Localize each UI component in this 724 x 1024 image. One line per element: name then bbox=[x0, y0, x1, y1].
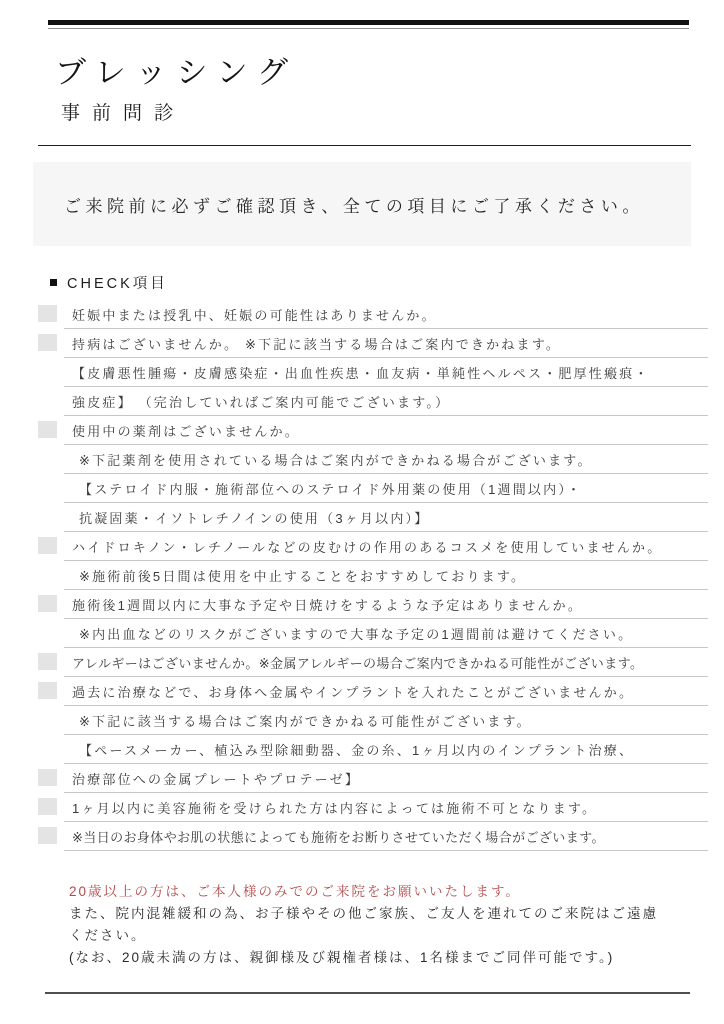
notice-text: ご来院前に必ずご確認頂き、全ての項目にご了承ください。 bbox=[64, 192, 644, 217]
square-bullet-icon bbox=[50, 279, 57, 286]
checkbox[interactable] bbox=[38, 421, 57, 438]
checklist-item: ※内出血などのリスクがございますので大事な予定の1週間前は避けてください。 bbox=[38, 619, 708, 648]
top-rule-thick bbox=[48, 20, 689, 25]
top-rule-thin bbox=[48, 28, 689, 29]
checklist-item: 1ヶ月以内に美容施術を受けられた方は内容によっては施術不可となります。 bbox=[38, 793, 708, 822]
checklist-item-text: ※施術前後5日間は使用を中止することをおすすめしております。 bbox=[64, 561, 708, 590]
checklist-item: ※下記に該当する場合はご案内ができかねる可能性がございます。 bbox=[38, 706, 708, 735]
checklist-item-text: 抗凝固薬・イソトレチノインの使用（3ヶ月以内）】 bbox=[64, 503, 708, 532]
checklist-item-text: 持病はございませんか。 ※下記に該当する場合はご案内できかねます。 bbox=[64, 329, 708, 358]
page-title: ブレッシング bbox=[55, 53, 298, 93]
checklist-item: 妊娠中または授乳中、妊娠の可能性はありませんか。 bbox=[38, 300, 708, 329]
check-section-header: CHECK項目 bbox=[50, 272, 168, 293]
checkbox[interactable] bbox=[38, 537, 57, 554]
footer-warning-red: 20歳以上の方は、ご本人様のみでのご来院をお願いいたします。 bbox=[69, 881, 658, 903]
checklist: 妊娠中または授乳中、妊娠の可能性はありませんか。持病はございませんか。 ※下記に… bbox=[38, 300, 708, 851]
checkbox[interactable] bbox=[38, 827, 57, 844]
footer-line: ください。 bbox=[69, 925, 658, 947]
checklist-item-text: 過去に治療などで、お身体へ金属やインプラントを入れたことがございませんか。 bbox=[64, 677, 708, 706]
page-subtitle: 事前問診 bbox=[61, 101, 185, 127]
checkbox[interactable] bbox=[38, 682, 57, 699]
checklist-item: ※施術前後5日間は使用を中止することをおすすめしております。 bbox=[38, 561, 708, 590]
checkbox[interactable] bbox=[38, 798, 57, 815]
checklist-item: ハイドロキノン・レチノールなどの皮むけの作用のあるコスメを使用していませんか。 bbox=[38, 532, 708, 561]
checkbox[interactable] bbox=[38, 595, 57, 612]
checklist-item-text: 【ペースメーカー、植込み型除細動器、金の糸、1ヶ月以内のインプラント治療、 bbox=[64, 735, 708, 764]
checklist-item-text: ハイドロキノン・レチノールなどの皮むけの作用のあるコスメを使用していませんか。 bbox=[64, 532, 708, 561]
checklist-item: 施術後1週間以内に大事な予定や日焼けをするような予定はありませんか。 bbox=[38, 590, 708, 619]
checklist-item-text: 妊娠中または授乳中、妊娠の可能性はありませんか。 bbox=[64, 300, 708, 329]
checklist-item-text: 治療部位への金属プレートやプロテーゼ】 bbox=[64, 764, 708, 793]
title-divider bbox=[38, 145, 691, 146]
checklist-item-text: 【皮膚悪性腫瘍・皮膚感染症・出血性疾患・血友病・単純性ヘルペス・肥厚性瘢痕・ bbox=[64, 358, 708, 387]
bottom-rule bbox=[45, 992, 690, 994]
checklist-item: ※当日のお身体やお肌の状態によっても施術をお断りさせていただく場合がございます。 bbox=[38, 822, 708, 851]
checklist-item: 【ステロイド内服・施術部位へのステロイド外用薬の使用（1週間以内）・ bbox=[38, 474, 708, 503]
checklist-item-text: 1ヶ月以内に美容施術を受けられた方は内容によっては施術不可となります。 bbox=[64, 793, 708, 822]
checklist-item-text: ※内出血などのリスクがございますので大事な予定の1週間前は避けてください。 bbox=[64, 619, 708, 648]
checklist-item: 過去に治療などで、お身体へ金属やインプラントを入れたことがございませんか。 bbox=[38, 677, 708, 706]
footer-note: 20歳以上の方は、ご本人様のみでのご来院をお願いいたします。 また、院内混雑緩和… bbox=[69, 881, 658, 969]
checkbox[interactable] bbox=[38, 334, 57, 351]
checkbox[interactable] bbox=[38, 769, 57, 786]
questionnaire-page: ブレッシング 事前問診 ご来院前に必ずご確認頂き、全ての項目にご了承ください。 … bbox=[0, 0, 724, 1024]
checklist-item-text: ※当日のお身体やお肌の状態によっても施術をお断りさせていただく場合がございます。 bbox=[64, 822, 708, 851]
checklist-item: 使用中の薬剤はございませんか。 bbox=[38, 416, 708, 445]
checklist-item-text: アレルギーはございませんか。※金属アレルギーの場合ご案内できかねる可能性がござい… bbox=[64, 648, 708, 677]
check-section-label: CHECK項目 bbox=[67, 272, 168, 293]
checklist-item-text: ※下記に該当する場合はご案内ができかねる可能性がございます。 bbox=[64, 706, 708, 735]
checklist-item-text: 使用中の薬剤はございませんか。 bbox=[64, 416, 708, 445]
checklist-item-text: 【ステロイド内服・施術部位へのステロイド外用薬の使用（1週間以内）・ bbox=[64, 474, 708, 503]
checklist-item-text: ※下記薬剤を使用されている場合はご案内ができかねる場合がございます。 bbox=[64, 445, 708, 474]
checklist-item: 【ペースメーカー、植込み型除細動器、金の糸、1ヶ月以内のインプラント治療、 bbox=[38, 735, 708, 764]
footer-line: (なお、20歳未満の方は、親御様及び親権者様は、1名様までご同伴可能です。) bbox=[69, 947, 658, 969]
checklist-item-text: 強皮症】 （完治していればご案内可能でございます。） bbox=[64, 387, 708, 416]
notice-box: ご来院前に必ずご確認頂き、全ての項目にご了承ください。 bbox=[33, 162, 691, 246]
checklist-item: 治療部位への金属プレートやプロテーゼ】 bbox=[38, 764, 708, 793]
checkbox[interactable] bbox=[38, 653, 57, 670]
checklist-item: 抗凝固薬・イソトレチノインの使用（3ヶ月以内）】 bbox=[38, 503, 708, 532]
checklist-item: ※下記薬剤を使用されている場合はご案内ができかねる場合がございます。 bbox=[38, 445, 708, 474]
checklist-item: 持病はございませんか。 ※下記に該当する場合はご案内できかねます。 bbox=[38, 329, 708, 358]
checklist-item: 【皮膚悪性腫瘍・皮膚感染症・出血性疾患・血友病・単純性ヘルペス・肥厚性瘢痕・ bbox=[38, 358, 708, 387]
checklist-item-text: 施術後1週間以内に大事な予定や日焼けをするような予定はありませんか。 bbox=[64, 590, 708, 619]
checklist-item: アレルギーはございませんか。※金属アレルギーの場合ご案内できかねる可能性がござい… bbox=[38, 648, 708, 677]
footer-line: また、院内混雑緩和の為、お子様やその他ご家族、ご友人を連れてのご来院はご遠慮 bbox=[69, 903, 658, 925]
checkbox[interactable] bbox=[38, 305, 57, 322]
checklist-item: 強皮症】 （完治していればご案内可能でございます。） bbox=[38, 387, 708, 416]
